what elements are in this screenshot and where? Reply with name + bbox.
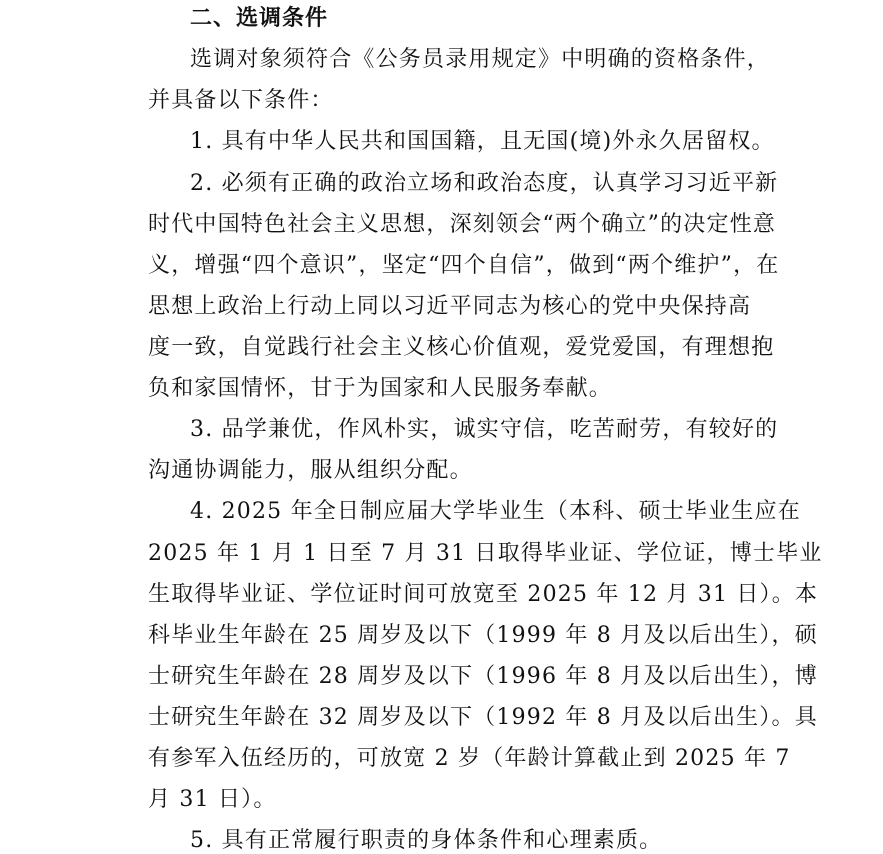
condition-4-line-1: 4. 2025 年全日制应届大学毕业生（本科、硕士毕业生应在 (190, 497, 733, 527)
section-heading: 二、选调条件 (190, 4, 328, 34)
condition-4-line-7: 有参军入伍经历的，可放宽 2 岁（年龄计算截止到 2025 年 7 (148, 744, 733, 774)
condition-4-line-6: 士研究生年龄在 32 周岁及以下（1992 年 8 月及以后出生）。具 (148, 703, 733, 733)
condition-2-line-6: 负和家国情怀，甘于为国家和人民服务奉献。 (148, 374, 733, 404)
document-page: 二、选调条件 选调对象须符合《公务员录用规定》中明确的资格条件， 并具备以下条件… (0, 0, 883, 854)
condition-4-line-8: 月 31 日）。 (148, 785, 733, 815)
condition-3-line-2: 沟通协调能力，服从组织分配。 (148, 456, 733, 486)
condition-2-line-1: 2. 必须有正确的政治立场和政治态度，认真学习习近平新 (190, 169, 733, 199)
condition-4-line-4: 科毕业生年龄在 25 周岁及以下（1999 年 8 月及以后出生），硕 (148, 621, 733, 651)
condition-4-line-5: 士研究生年龄在 28 周岁及以下（1996 年 8 月及以后出生），博 (148, 662, 733, 692)
condition-2-line-4: 思想上政治上行动上同以习近平同志为核心的党中央保持高 (148, 292, 733, 322)
condition-4-line-2: 2025 年 1 月 1 日至 7 月 31 日取得毕业证、学位证，博士毕业 (148, 539, 733, 569)
condition-5-line-1: 5. 具有正常履行职责的身体条件和心理素质。 (190, 826, 733, 854)
condition-2-line-2: 时代中国特色社会主义思想，深刻领会“两个确立”的决定性意 (148, 210, 733, 240)
condition-2-line-5: 度一致，自觉践行社会主义核心价值观，爱党爱国，有理想抱 (148, 333, 733, 363)
condition-4-line-3: 生取得毕业证、学位证时间可放宽至 2025 年 12 月 31 日）。本 (148, 580, 733, 610)
condition-3-line-1: 3. 品学兼优，作风朴实，诚实守信，吃苦耐劳，有较好的 (190, 415, 733, 445)
condition-1-line-1: 1. 具有中华人民共和国国籍，且无国(境)外永久居留权。 (190, 127, 733, 157)
paragraph-intro-line-2: 并具备以下条件： (148, 86, 733, 116)
condition-2-line-3: 义，增强“四个意识”，坚定“四个自信”，做到“两个维护”，在 (148, 251, 733, 281)
paragraph-intro-line-1: 选调对象须符合《公务员录用规定》中明确的资格条件， (190, 45, 733, 75)
